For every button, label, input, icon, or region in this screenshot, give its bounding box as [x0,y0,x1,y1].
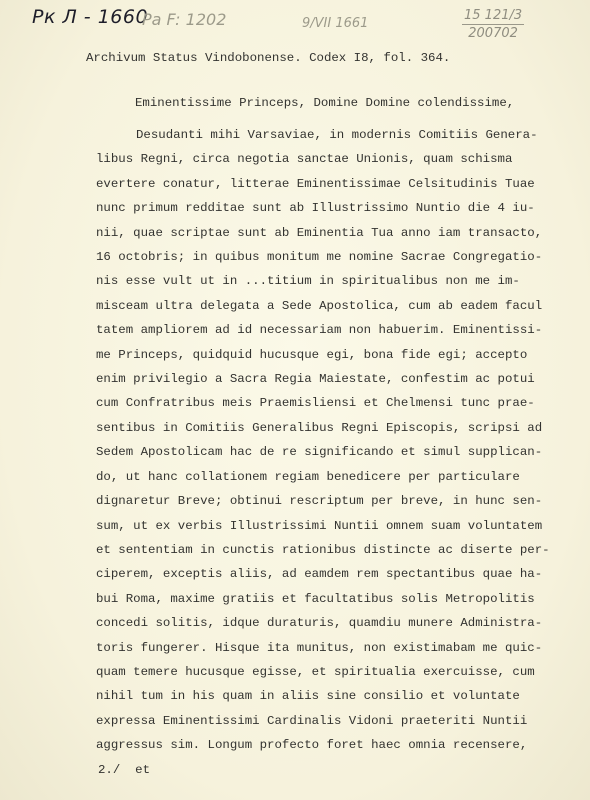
fraction-denominator: 200702 [462,25,524,41]
letter-line: tatem ampliorem ad id necessariam non ha… [96,318,550,342]
letter-line: nii, quae scriptae sunt ab Eminentia Tua… [96,221,550,245]
handwritten-signature-number: Pк Л - 1660 [32,6,148,28]
letter-line: quam temere hucusque egisse, et spiritua… [96,660,550,684]
letter-line: enim privilegio a Sacra Regia Maiestate,… [96,367,550,391]
letter-line: Desudanti mihi Varsaviae, in modernis Co… [96,123,550,147]
archive-reference: Archivum Status Vindobonense. Codex I8, … [86,51,450,65]
page-catchword: 2./ et [98,763,150,777]
letter-line: toris fungerer. Hisque ita munitus, non … [96,636,550,660]
document-page: Pк Л - 1660 Pa F: 1202 9/VII 1661 15 121… [0,0,590,800]
letter-line: nunc primum redditae sunt ab Illustrissi… [96,196,550,220]
letter-line: me Princeps, quidquid hucusque egi, bona… [96,343,550,367]
letter-line: et sententiam in cunctis rationibus dist… [96,538,550,562]
letter-line: Sedem Apostolicam hac de re significando… [96,440,550,464]
letter-line: expressa Eminentissimi Cardinalis Vidoni… [96,709,550,733]
handwritten-fraction-note: 15 121/3 200702 [462,8,524,41]
handwritten-date: 9/VII 1661 [302,16,368,31]
letter-line: cum Confratribus meis Praemisliensi et C… [96,391,550,415]
letter-line: libus Regni, circa negotia sanctae Union… [96,147,550,171]
letter-line: bui Roma, maxime gratiis et facultatibus… [96,587,550,611]
letter-body: Desudanti mihi Varsaviae, in modernis Co… [96,123,550,758]
letter-line: concedi solitis, idque duraturis, quamdi… [96,611,550,635]
letter-line: 16 octobris; in quibus monitum me nomine… [96,245,550,269]
letter-line: evertere conatur, litterae Eminentissima… [96,172,550,196]
letter-line: dignaretur Breve; obtinui rescriptum per… [96,489,550,513]
letter-line: sum, ut ex verbis Illustrissimi Nuntii o… [96,514,550,538]
letter-salutation: Eminentissime Princeps, Domine Domine co… [135,96,514,110]
letter-line: ciperem, exceptis aliis, ad eamdem rem s… [96,562,550,586]
letter-line: nihil tum in his quam in aliis sine cons… [96,684,550,708]
fraction-numerator: 15 121/3 [462,8,524,25]
letter-line: misceam ultra delegata a Sede Apostolica… [96,294,550,318]
letter-line: do, ut hanc collationem regiam benedicer… [96,465,550,489]
letter-line: aggressus sim. Longum profecto foret hae… [96,733,550,757]
handwritten-pf-number: Pa F: 1202 [142,10,226,29]
letter-line: nis esse vult ut in ...titium in spiritu… [96,269,550,293]
letter-line: sentibus in Comitiis Generalibus Regni E… [96,416,550,440]
